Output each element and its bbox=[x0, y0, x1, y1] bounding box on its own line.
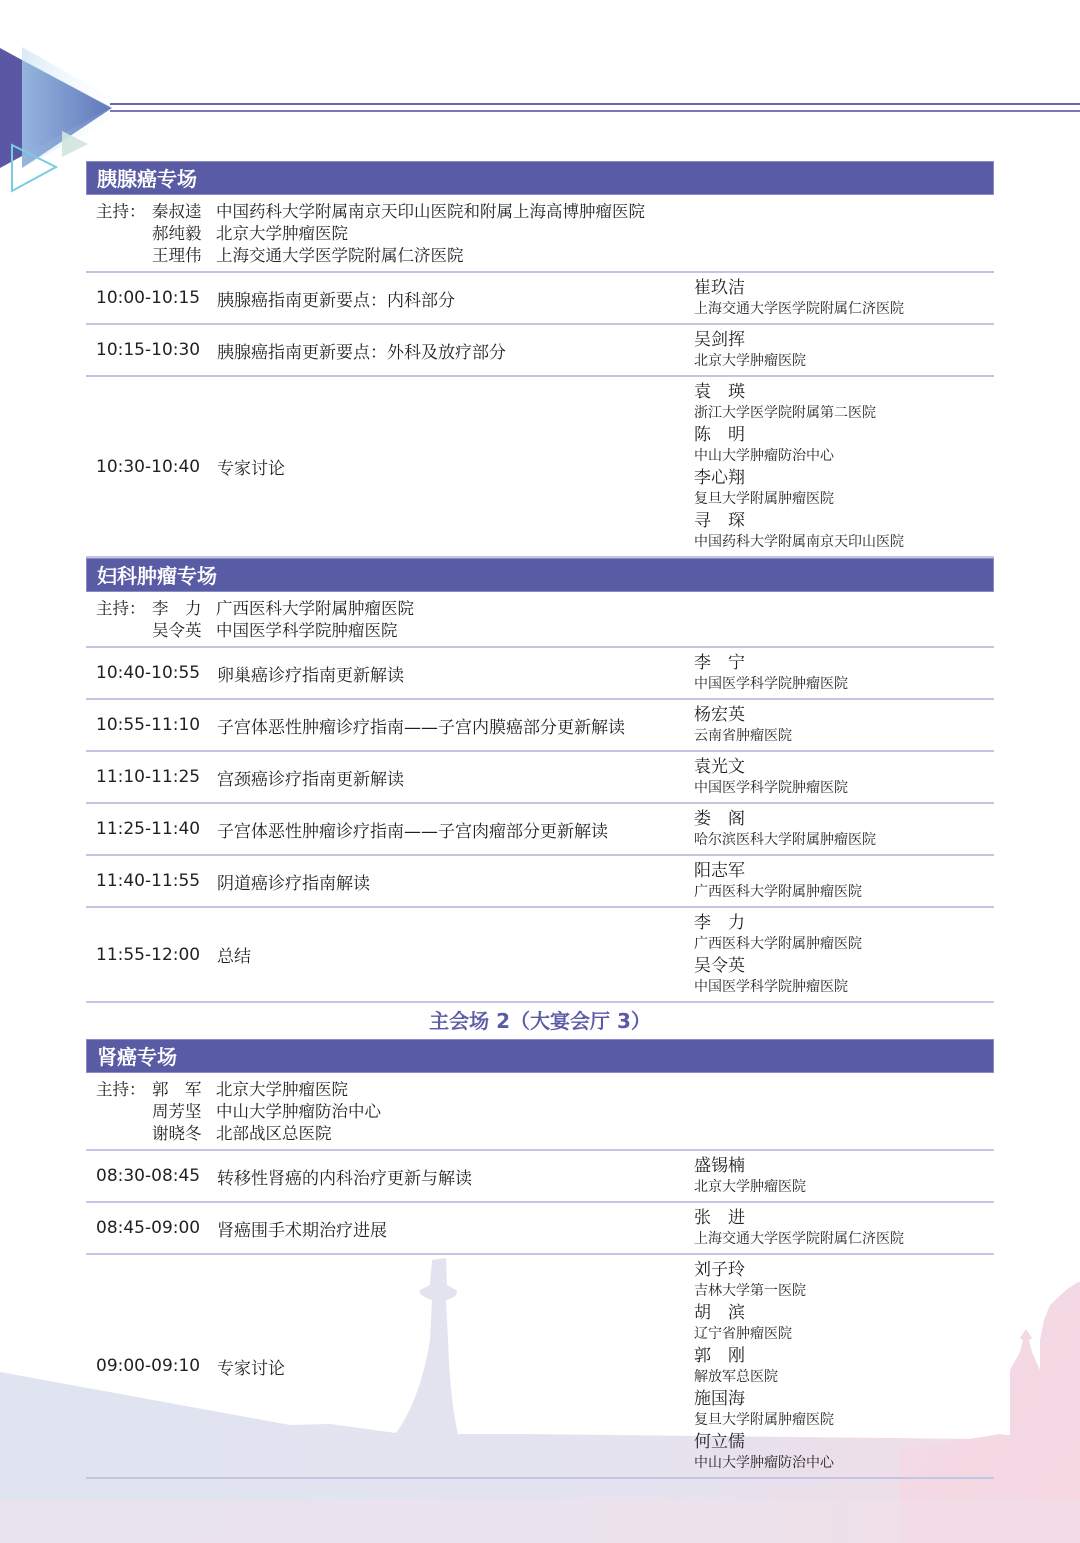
host-org: 中国医学科学院肿瘤医院 bbox=[216, 620, 984, 642]
speaker-org: 中国医学科学院肿瘤医院 bbox=[694, 778, 994, 799]
host-label: 主持： bbox=[96, 201, 152, 223]
speaker-name: 崔玖洁 bbox=[694, 277, 994, 299]
speaker-org: 广西医科大学附属肿瘤医院 bbox=[694, 934, 994, 955]
schedule-row: 10:40-10:55 卵巢癌诊疗指南更新解读 李 宁 中国医学科学院肿瘤医院 bbox=[86, 648, 994, 700]
speaker-org: 中国医学科学院肿瘤医院 bbox=[694, 674, 994, 695]
speaker-org: 上海交通大学医学院附属仁济医院 bbox=[694, 1229, 994, 1250]
speakers: 盛锡楠 北京大学肿瘤医院 bbox=[684, 1151, 994, 1201]
topic: 子宫体恶性肿瘤诊疗指南——子宫内膜癌部分更新解读 bbox=[217, 713, 684, 738]
speaker-name: 杨宏英 bbox=[694, 704, 994, 726]
host-name: 谢晓冬 bbox=[152, 1123, 216, 1145]
schedule-row: 11:10-11:25 宫颈癌诊疗指南更新解读 袁光文 中国医学科学院肿瘤医院 bbox=[86, 752, 994, 804]
speaker-org: 吉林大学第一医院 bbox=[694, 1281, 994, 1302]
time-slot: 10:55-11:10 bbox=[86, 715, 217, 735]
triangle-blue bbox=[22, 60, 112, 168]
speaker-org: 上海交通大学医学院附属仁济医院 bbox=[694, 299, 994, 320]
host-label: 主持： bbox=[96, 1079, 152, 1101]
time-slot: 11:55-12:00 bbox=[86, 945, 217, 965]
host-org: 北京大学肿瘤医院 bbox=[216, 1079, 984, 1101]
host-line: 吴令英 中国医学科学院肿瘤医院 bbox=[96, 620, 984, 642]
topic: 胰腺癌指南更新要点：内科部分 bbox=[217, 286, 684, 311]
topic: 卵巢癌诊疗指南更新解读 bbox=[217, 661, 684, 686]
time-slot: 09:00-09:10 bbox=[86, 1356, 217, 1376]
schedule-row: 09:00-09:10 专家讨论 刘子玲 吉林大学第一医院 胡 滨 辽宁省肿瘤医… bbox=[86, 1255, 994, 1479]
session-title: 胰腺癌专场 bbox=[86, 161, 994, 195]
triangle-dark bbox=[0, 48, 110, 168]
speaker-org: 复旦大学附属肿瘤医院 bbox=[694, 1410, 994, 1431]
speaker-name: 吴令英 bbox=[694, 955, 994, 977]
topic: 阴道癌诊疗指南解读 bbox=[217, 869, 684, 894]
speaker-name: 吴剑挥 bbox=[694, 329, 994, 351]
host-line: 主持： 郭 军 北京大学肿瘤医院 bbox=[96, 1079, 984, 1101]
speaker-name: 寻 琛 bbox=[694, 510, 994, 532]
topic: 转移性肾癌的内科治疗更新与解读 bbox=[217, 1164, 684, 1189]
speakers: 张 进 上海交通大学医学院附属仁济医院 bbox=[684, 1203, 994, 1253]
speakers: 袁光文 中国医学科学院肿瘤医院 bbox=[684, 752, 994, 802]
host-org: 北部战区总医院 bbox=[216, 1123, 984, 1145]
speaker-name: 李 力 bbox=[694, 912, 994, 934]
speaker-name: 阳志军 bbox=[694, 860, 994, 882]
host-name: 郭 军 bbox=[152, 1079, 216, 1101]
host-label: 主持： bbox=[96, 598, 152, 620]
host-line: 王理伟 上海交通大学医学院附属仁济医院 bbox=[96, 245, 984, 267]
triangle-outline bbox=[12, 145, 56, 191]
time-slot: 11:40-11:55 bbox=[86, 871, 217, 891]
speakers: 刘子玲 吉林大学第一医院 胡 滨 辽宁省肿瘤医院 郭 刚 解放军总医院 施国海 … bbox=[684, 1255, 994, 1477]
host-line: 主持： 秦叔逵 中国药科大学附属南京天印山医院和附属上海高博肿瘤医院 bbox=[96, 201, 984, 223]
speakers: 阳志军 广西医科大学附属肿瘤医院 bbox=[684, 856, 994, 906]
speaker-org: 浙江大学医学院附属第二医院 bbox=[694, 403, 994, 424]
topic: 总结 bbox=[217, 942, 684, 967]
speaker-org: 北京大学肿瘤医院 bbox=[694, 1177, 994, 1198]
topic: 专家讨论 bbox=[217, 1354, 684, 1379]
speakers: 李 宁 中国医学科学院肿瘤医院 bbox=[684, 648, 994, 698]
topic: 肾癌围手术期治疗进展 bbox=[217, 1216, 684, 1241]
topic: 宫颈癌诊疗指南更新解读 bbox=[217, 765, 684, 790]
time-slot: 10:00-10:15 bbox=[86, 288, 217, 308]
speaker-name: 刘子玲 bbox=[694, 1259, 994, 1281]
host-name: 郝纯毅 bbox=[152, 223, 216, 245]
time-slot: 10:40-10:55 bbox=[86, 663, 217, 683]
session-title: 妇科肿瘤专场 bbox=[86, 558, 994, 592]
host-org: 广西医科大学附属肿瘤医院 bbox=[216, 598, 984, 620]
host-name: 王理伟 bbox=[152, 245, 216, 267]
host-line: 郝纯毅 北京大学肿瘤医院 bbox=[96, 223, 984, 245]
speaker-org: 辽宁省肿瘤医院 bbox=[694, 1324, 994, 1345]
speakers: 崔玖洁 上海交通大学医学院附属仁济医院 bbox=[684, 273, 994, 323]
session-hosts: 主持： 李 力 广西医科大学附属肿瘤医院 吴令英 中国医学科学院肿瘤医院 bbox=[86, 592, 994, 648]
header-double-rule bbox=[110, 103, 1080, 113]
speaker-name: 盛锡楠 bbox=[694, 1155, 994, 1177]
speaker-name: 郭 刚 bbox=[694, 1345, 994, 1367]
host-org: 中国药科大学附属南京天印山医院和附属上海高博肿瘤医院 bbox=[216, 201, 984, 223]
speaker-org: 中国医学科学院肿瘤医院 bbox=[694, 977, 994, 998]
session-hosts: 主持： 秦叔逵 中国药科大学附属南京天印山医院和附属上海高博肿瘤医院 郝纯毅 北… bbox=[86, 195, 994, 273]
schedule-row: 08:30-08:45 转移性肾癌的内科治疗更新与解读 盛锡楠 北京大学肿瘤医院 bbox=[86, 1151, 994, 1203]
host-org: 北京大学肿瘤医院 bbox=[216, 223, 984, 245]
host-name: 吴令英 bbox=[152, 620, 216, 642]
speaker-org: 中山大学肿瘤防治中心 bbox=[694, 1453, 994, 1474]
speaker-org: 云南省肿瘤医院 bbox=[694, 726, 994, 747]
speakers: 李 力 广西医科大学附属肿瘤医院 吴令英 中国医学科学院肿瘤医院 bbox=[684, 908, 994, 1001]
speaker-org: 中国药科大学附属南京天印山医院 bbox=[694, 532, 994, 553]
venue-heading: 主会场 2（大宴会厅 3） bbox=[86, 1003, 994, 1039]
speaker-name: 施国海 bbox=[694, 1388, 994, 1410]
speaker-name: 李心翔 bbox=[694, 467, 994, 489]
host-line: 主持： 李 力 广西医科大学附属肿瘤医院 bbox=[96, 598, 984, 620]
program-schedule: 胰腺癌专场 主持： 秦叔逵 中国药科大学附属南京天印山医院和附属上海高博肿瘤医院… bbox=[86, 161, 994, 1479]
time-slot: 10:15-10:30 bbox=[86, 340, 217, 360]
schedule-row: 10:55-11:10 子宫体恶性肿瘤诊疗指南——子宫内膜癌部分更新解读 杨宏英… bbox=[86, 700, 994, 752]
host-org: 上海交通大学医学院附属仁济医院 bbox=[216, 245, 984, 267]
speaker-name: 何立儒 bbox=[694, 1431, 994, 1453]
triangle-mint bbox=[62, 131, 88, 157]
host-name: 李 力 bbox=[152, 598, 216, 620]
schedule-row: 10:00-10:15 胰腺癌指南更新要点：内科部分 崔玖洁 上海交通大学医学院… bbox=[86, 273, 994, 325]
schedule-row: 11:55-12:00 总结 李 力 广西医科大学附属肿瘤医院 吴令英 中国医学… bbox=[86, 908, 994, 1003]
time-slot: 10:30-10:40 bbox=[86, 457, 217, 477]
speaker-org: 哈尔滨医科大学附属肿瘤医院 bbox=[694, 830, 994, 851]
schedule-row: 11:40-11:55 阴道癌诊疗指南解读 阳志军 广西医科大学附属肿瘤医院 bbox=[86, 856, 994, 908]
time-slot: 08:30-08:45 bbox=[86, 1166, 217, 1186]
time-slot: 11:10-11:25 bbox=[86, 767, 217, 787]
host-line: 周芳坚 中山大学肿瘤防治中心 bbox=[96, 1101, 984, 1123]
host-name: 秦叔逵 bbox=[152, 201, 216, 223]
speakers: 吴剑挥 北京大学肿瘤医院 bbox=[684, 325, 994, 375]
speaker-name: 李 宁 bbox=[694, 652, 994, 674]
speaker-org: 复旦大学附属肿瘤医院 bbox=[694, 489, 994, 510]
topic: 专家讨论 bbox=[217, 454, 684, 479]
topic: 胰腺癌指南更新要点：外科及放疗部分 bbox=[217, 338, 684, 363]
speaker-name: 袁 瑛 bbox=[694, 381, 994, 403]
host-org: 中山大学肿瘤防治中心 bbox=[216, 1101, 984, 1123]
session-title: 肾癌专场 bbox=[86, 1039, 994, 1073]
speaker-name: 张 进 bbox=[694, 1207, 994, 1229]
speaker-org: 广西医科大学附属肿瘤医院 bbox=[694, 882, 994, 903]
schedule-row: 11:25-11:40 子宫体恶性肿瘤诊疗指南——子宫肉瘤部分更新解读 娄 阁 … bbox=[86, 804, 994, 856]
speaker-name: 陈 明 bbox=[694, 424, 994, 446]
speaker-name: 袁光文 bbox=[694, 756, 994, 778]
host-name: 周芳坚 bbox=[152, 1101, 216, 1123]
speakers: 杨宏英 云南省肿瘤医院 bbox=[684, 700, 994, 750]
host-line: 谢晓冬 北部战区总医院 bbox=[96, 1123, 984, 1145]
time-slot: 08:45-09:00 bbox=[86, 1218, 217, 1238]
speakers: 娄 阁 哈尔滨医科大学附属肿瘤医院 bbox=[684, 804, 994, 854]
speakers: 袁 瑛 浙江大学医学院附属第二医院 陈 明 中山大学肿瘤防治中心 李心翔 复旦大… bbox=[684, 377, 994, 556]
speaker-name: 胡 滨 bbox=[694, 1302, 994, 1324]
speaker-name: 娄 阁 bbox=[694, 808, 994, 830]
speaker-org: 解放军总医院 bbox=[694, 1367, 994, 1388]
speaker-org: 中山大学肿瘤防治中心 bbox=[694, 446, 994, 467]
schedule-row: 10:15-10:30 胰腺癌指南更新要点：外科及放疗部分 吴剑挥 北京大学肿瘤… bbox=[86, 325, 994, 377]
session-hosts: 主持： 郭 军 北京大学肿瘤医院 周芳坚 中山大学肿瘤防治中心 谢晓冬 北部战区… bbox=[86, 1073, 994, 1151]
time-slot: 11:25-11:40 bbox=[86, 819, 217, 839]
schedule-row: 08:45-09:00 肾癌围手术期治疗进展 张 进 上海交通大学医学院附属仁济… bbox=[86, 1203, 994, 1255]
topic: 子宫体恶性肿瘤诊疗指南——子宫肉瘤部分更新解读 bbox=[217, 817, 684, 842]
speaker-org: 北京大学肿瘤医院 bbox=[694, 351, 994, 372]
schedule-row: 10:30-10:40 专家讨论 袁 瑛 浙江大学医学院附属第二医院 陈 明 中… bbox=[86, 377, 994, 558]
